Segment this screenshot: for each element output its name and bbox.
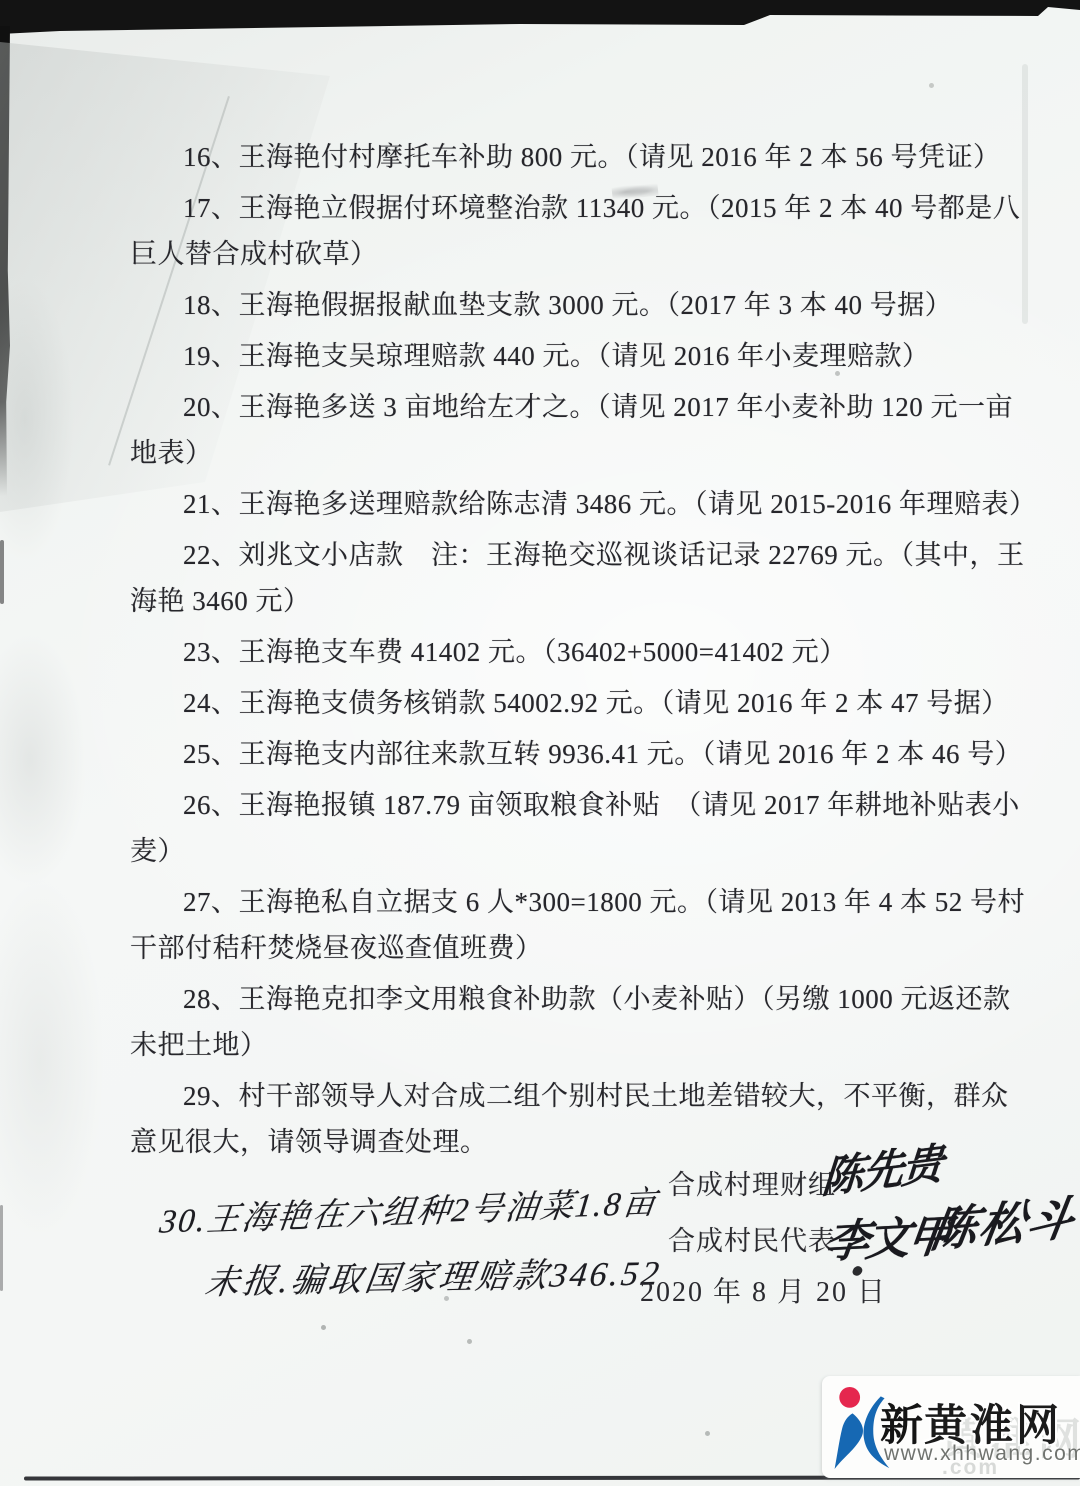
doc-item-27-line-2: 干部付秸秆焚烧昼夜巡查值班费） (130, 925, 1000, 971)
paper-specks (0, 0, 3, 3)
scanned-document-page: 16、王海艳付村摩托车补助 800 元。（请见 2016 年 2 本 56 号凭… (0, 0, 1080, 1486)
doc-item-28-line-2: 未把土地） (130, 1022, 1000, 1068)
doc-item-27: 27、王海艳私自立据支 6 人*300=1800 元。（请见 2013 年 4 … (130, 879, 1000, 971)
doc-item-17-line-2: 巨人替合成村砍草） (130, 231, 1000, 277)
signer-group2-label: 合成村民代表 (668, 1219, 836, 1258)
doc-item-26-line-1: 26、王海艳报镇 187.79 亩领取粮食补贴 （请见 2017 年耕地补贴表小 (130, 782, 1000, 828)
doc-item-26-line-2: 麦） (130, 828, 1000, 874)
doc-item-27-line-1: 27、王海艳私自立据支 6 人*300=1800 元。（请见 2013 年 4 … (130, 879, 1000, 925)
doc-item-16-line-1: 16、王海艳付村摩托车补助 800 元。（请见 2016 年 2 本 56 号凭… (130, 134, 1000, 180)
doc-item-22: 22、刘兆文小店款 注：王海艳交巡视谈话记录 22769 元。（其中，王海艳 3… (130, 532, 1000, 624)
doc-item-23: 23、王海艳支车费 41402 元。（36402+5000=41402 元） (130, 629, 1000, 675)
doc-item-28-line-1: 28、王海艳克扣李文用粮食补助款（小麦补贴）（另缴 1000 元返还款 (130, 976, 1000, 1022)
doc-item-18: 18、王海艳假据报献血垫支款 3000 元。（2017 年 3 本 40 号据） (130, 282, 1000, 328)
logo-swoosh-left (835, 1413, 863, 1469)
doc-item-22-line-1: 22、刘兆文小店款 注：王海艳交巡视谈话记录 22769 元。（其中，王 (130, 532, 1000, 578)
paper-streak (1022, 64, 1028, 324)
doc-item-16: 16、王海艳付村摩托车补助 800 元。（请见 2016 年 2 本 56 号凭… (130, 134, 1000, 180)
doc-item-26: 26、王海艳报镇 187.79 亩领取粮食补贴 （请见 2017 年耕地补贴表小… (130, 782, 1000, 874)
doc-item-29-line-1: 29、村干部领导人对合成二组个别村民土地差错较大，不平衡，群众 (130, 1073, 1000, 1119)
doc-item-21: 21、王海艳多送理赔款给陈志清 3486 元。（请见 2015-2016 年理赔… (130, 481, 1000, 527)
doc-item-17: 17、王海艳立假据付环境整治款 11340 元。（2015 年 2 本 40 号… (130, 185, 1000, 277)
doc-item-20-line-1: 20、王海艳多送 3 亩地给左才之。（请见 2017 年小麦补助 120 元一亩 (130, 384, 1000, 430)
doc-item-18-line-1: 18、王海艳假据报献血垫支款 3000 元。（2017 年 3 本 40 号据） (130, 282, 1000, 328)
doc-item-24-line-1: 24、王海艳支债务核销款 54002.92 元。（请见 2016 年 2 本 4… (130, 680, 1000, 726)
doc-item-22-line-2: 海艳 3460 元） (130, 578, 1000, 624)
scan-edge-top (0, 0, 1080, 36)
doc-item-19-line-1: 19、王海艳支吴琼理赔款 440 元。（请见 2016 年小麦理赔款） (130, 333, 1000, 379)
news-site-url: www.xhhwang.com (884, 1442, 1080, 1466)
handwritten-note-line1: 30.王海艳在六组种2号油菜1.8亩 (157, 1176, 660, 1242)
doc-item-20-line-2: 地表） (130, 430, 1000, 476)
doc-item-25-line-1: 25、王海艳支内部往来款互转 9936.41 元。（请见 2016 年 2 本 … (130, 731, 1000, 777)
doc-item-21-line-1: 21、王海艳多送理赔款给陈志清 3486 元。（请见 2015-2016 年理赔… (130, 481, 1000, 527)
doc-item-20: 20、王海艳多送 3 亩地给左才之。（请见 2017 年小麦补助 120 元一亩… (130, 384, 1000, 476)
doc-item-17-line-1: 17、王海艳立假据付环境整治款 11340 元。（2015 年 2 本 40 号… (130, 185, 1000, 231)
news-site-watermark: 黄淮网 新黄淮网 .com www.xhhwang.com (822, 1376, 1080, 1478)
paper-mottling (0, 0, 150, 1486)
doc-item-23-line-1: 23、王海艳支车费 41402 元。（36402+5000=41402 元） (130, 629, 1000, 675)
doc-item-25: 25、王海艳支内部往来款互转 9936.41 元。（请见 2016 年 2 本 … (130, 731, 1000, 777)
signature-group2-second: 陈松斗 (927, 1181, 1080, 1261)
document-date: 2020 年 8 月 20 日 (640, 1270, 887, 1310)
doc-item-28: 28、王海艳克扣李文用粮食补助款（小麦补贴）（另缴 1000 元返还款未把土地） (130, 976, 1000, 1068)
doc-item-24: 24、王海艳支债务核销款 54002.92 元。（请见 2016 年 2 本 4… (130, 680, 1000, 726)
doc-item-19: 19、王海艳支吴琼理赔款 440 元。（请见 2016 年小麦理赔款） (130, 333, 1000, 379)
handwritten-note-line2: 未报.骗取国家理赔款346.52 (203, 1245, 666, 1304)
document-body: 16、王海艳付村摩托车补助 800 元。（请见 2016 年 2 本 56 号凭… (130, 134, 1000, 1170)
signer-group1-label: 合成村理财组 (668, 1163, 836, 1202)
logo-dot (839, 1387, 860, 1408)
